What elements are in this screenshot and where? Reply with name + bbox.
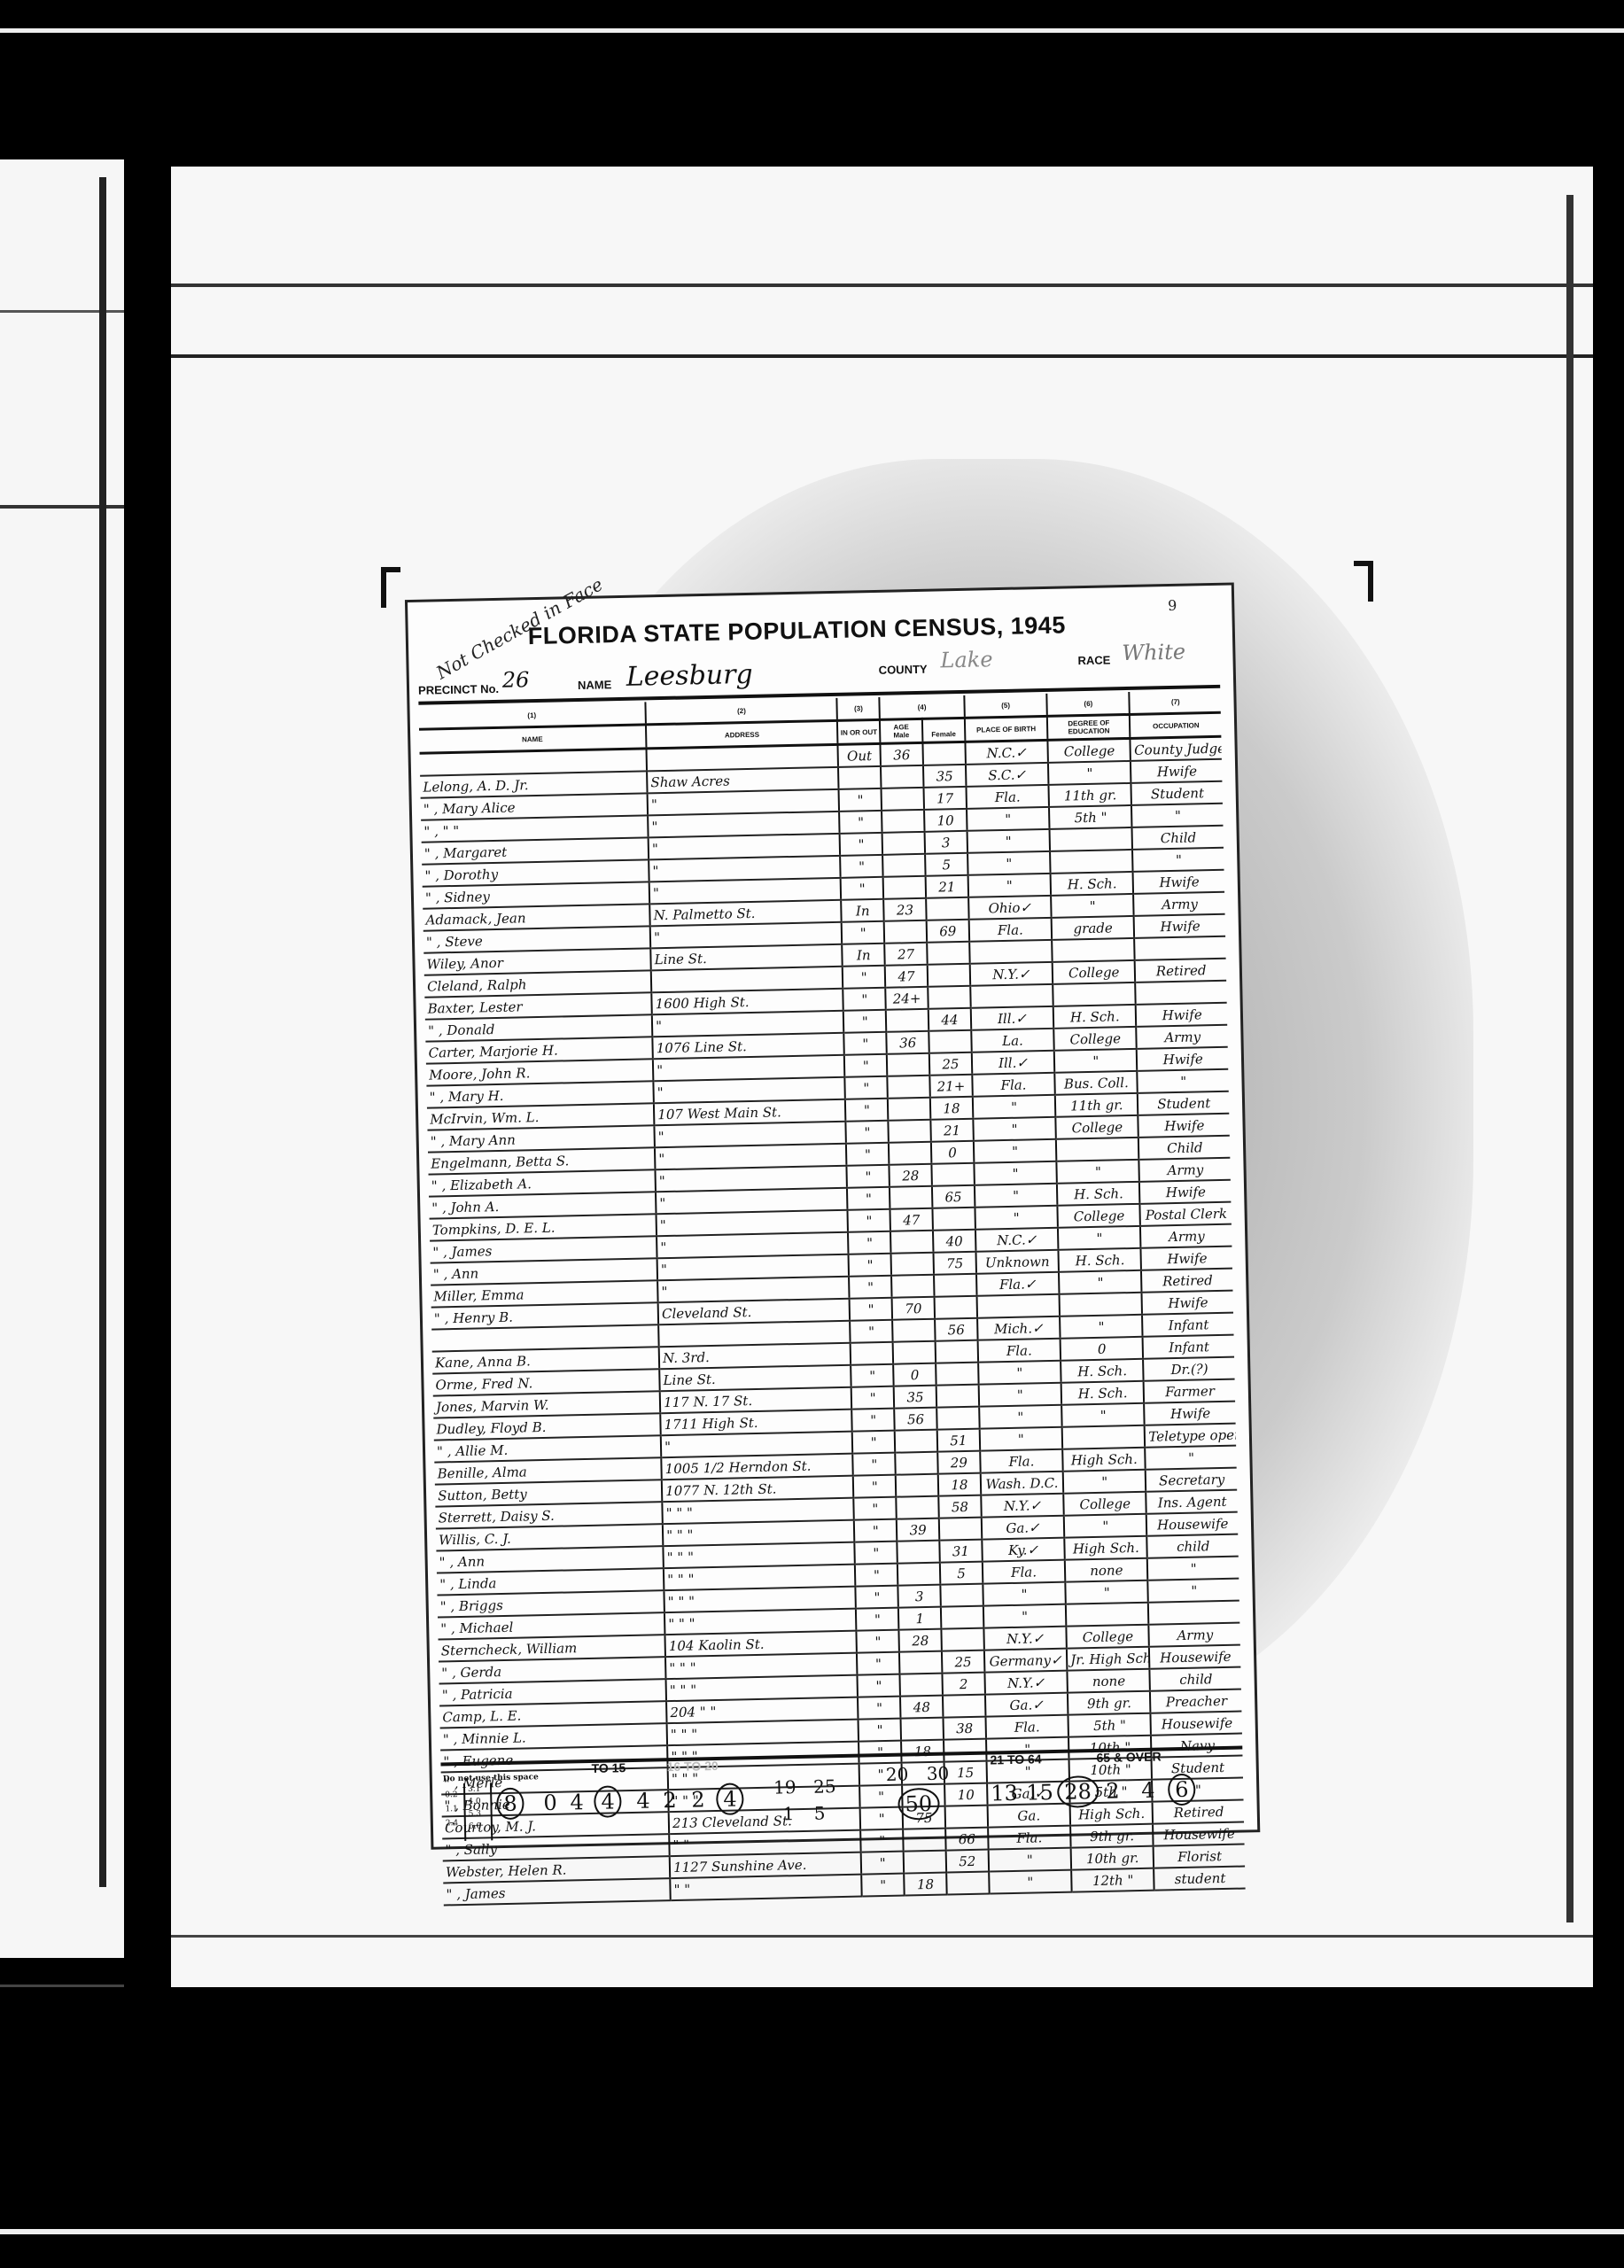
cell-female: 21 xyxy=(926,875,968,898)
cell-edu xyxy=(1053,983,1136,1006)
cell-female: 3 xyxy=(925,831,967,854)
code: 3.1 xyxy=(468,1785,481,1794)
cell-occ: Army xyxy=(1149,1623,1240,1647)
cell-edu: " xyxy=(1063,1470,1146,1494)
page-fold xyxy=(171,354,1593,358)
tally-21-64-total: 28 xyxy=(1057,1779,1099,1805)
group-label-16-20: 16 TO 20 xyxy=(666,1759,718,1774)
cell-female: 75 xyxy=(933,1252,975,1275)
cell-edu: 11th gr. xyxy=(1049,783,1132,807)
divider xyxy=(463,1783,466,1841)
cell-male xyxy=(896,1474,938,1497)
cell-birth: Fla. xyxy=(977,1339,1061,1363)
cell-edu: H. Sch. xyxy=(1061,1359,1144,1383)
cell-edu: 11th gr. xyxy=(1055,1093,1138,1117)
cell-occ: " xyxy=(1148,1579,1239,1603)
cell-birth: " xyxy=(983,1604,1067,1628)
page-fold xyxy=(0,1984,124,1987)
cell-occ: Hwife xyxy=(1141,1247,1232,1270)
cell-occ: Hwife xyxy=(1145,1402,1236,1425)
cell-birth: S.C.✓ xyxy=(966,763,1049,787)
cell-in-out: " xyxy=(853,1475,896,1498)
cell-occ: Hwife xyxy=(1137,1047,1228,1071)
cell-male xyxy=(887,1053,929,1076)
cell-edu: High Sch. xyxy=(1064,1536,1147,1560)
cell-in-out: " xyxy=(852,1409,895,1432)
cell-edu: grade xyxy=(1052,916,1135,940)
cell-male: 28 xyxy=(890,1164,932,1187)
cell-occ xyxy=(1148,1601,1239,1625)
cell-edu: " xyxy=(1060,1315,1143,1339)
tally-65-female: 4 xyxy=(1141,1778,1155,1803)
cell-occ: Army xyxy=(1139,1158,1231,1182)
cell-birth: Ky.✓ xyxy=(982,1538,1065,1562)
cell-edu: " xyxy=(1051,894,1134,918)
code: 4.0 xyxy=(468,1798,481,1806)
cell-female xyxy=(946,1872,989,1895)
cell-in-out: " xyxy=(848,1231,890,1254)
cell-occ: Hwife xyxy=(1131,759,1222,783)
cell-in-out: " xyxy=(859,1719,901,1742)
cell-occ xyxy=(1135,936,1226,960)
cell-occ: Hwife xyxy=(1139,1180,1231,1204)
cell-birth: Fla. xyxy=(972,1073,1055,1097)
cell-birth: " xyxy=(978,1361,1061,1385)
cell-in-out: " xyxy=(845,1076,888,1099)
total-female: 30 xyxy=(927,1762,950,1784)
cell-birth: Germany✓ xyxy=(984,1649,1068,1673)
binding-spine xyxy=(127,159,171,1984)
cell-in-out: " xyxy=(845,1099,888,1122)
cell-female xyxy=(943,1695,985,1718)
cell-in-out: " xyxy=(851,1364,894,1387)
tally-16-20-total: 4 xyxy=(716,1786,744,1812)
cell-edu: College xyxy=(1053,1027,1137,1051)
cell-birth: " xyxy=(967,807,1050,831)
tally-to15-total: 4 xyxy=(594,1789,622,1814)
cell-male: 36 xyxy=(886,1031,929,1054)
cell-male: 47 xyxy=(885,965,928,988)
cell-birth: Fla. xyxy=(985,1715,1068,1739)
cell-female xyxy=(929,1030,971,1053)
cell-edu: College xyxy=(1063,1492,1146,1516)
film-edge-bottom xyxy=(0,2229,1624,2234)
cell-edu: Bus. Coll. xyxy=(1054,1071,1138,1095)
cell-edu: H. Sch. xyxy=(1051,872,1134,896)
cell-female xyxy=(926,897,968,920)
cell-birth: Ga.✓ xyxy=(985,1693,1068,1717)
cell-occ: Dr.(?) xyxy=(1144,1357,1235,1381)
cell-female xyxy=(928,986,970,1009)
cell-occ: Teletype operator xyxy=(1145,1424,1236,1448)
page-fold xyxy=(171,1935,1593,1938)
cell-occ: Preacher xyxy=(1150,1689,1241,1713)
cell-edu: " xyxy=(1054,1049,1138,1073)
tally-16-20-male: 2 xyxy=(663,1788,677,1813)
col-age: AGE xyxy=(893,723,909,731)
tally-to15-male: 0 xyxy=(543,1790,557,1815)
cell-occ: child xyxy=(1147,1534,1239,1558)
cell-male xyxy=(904,1851,946,1874)
cell-birth: " xyxy=(974,1161,1057,1185)
cell-female: 5 xyxy=(940,1562,983,1585)
cell-in-out: " xyxy=(839,811,882,834)
cell-female: 0 xyxy=(931,1141,974,1164)
cell-male xyxy=(883,876,926,899)
cell-female: 10 xyxy=(924,809,967,832)
cell-in-out: " xyxy=(854,1497,897,1520)
cell-male xyxy=(886,1009,929,1032)
cell-occ: Child xyxy=(1138,1136,1230,1160)
circled-value: 4 xyxy=(716,1783,744,1815)
census-card: 9 Not Checked in Face FLORIDA STATE POPU… xyxy=(408,586,1257,1847)
cell-occ: " xyxy=(1146,1446,1237,1470)
cell-in-out: " xyxy=(847,1165,890,1188)
cell-edu: " xyxy=(1064,1514,1147,1538)
cell-birth: " xyxy=(989,1870,1072,1894)
cell-male: 1 xyxy=(898,1607,941,1630)
cell-male xyxy=(881,765,923,788)
cell-female: 56 xyxy=(935,1318,977,1341)
tally-out-total: 5 xyxy=(813,1802,825,1823)
cell-in-out: " xyxy=(847,1187,890,1210)
cell-birth: " xyxy=(978,1383,1061,1407)
cell-edu: College xyxy=(1048,738,1131,762)
cell-female: 52 xyxy=(946,1850,989,1873)
county-value: Lake xyxy=(940,647,993,672)
cell-occ: student xyxy=(1154,1867,1246,1891)
cell-female xyxy=(931,1163,974,1186)
group-label-21-64: 21 TO 64 xyxy=(990,1751,1041,1767)
cell-edu: 10th gr. xyxy=(1071,1846,1154,1870)
cell-birth: " xyxy=(979,1427,1062,1451)
tally-to15-s: 4 xyxy=(636,1789,650,1814)
cell-occ: Hwife xyxy=(1142,1291,1233,1315)
group-label-to-15: TO 15 xyxy=(591,1760,626,1775)
cell-occ: Ins. Agent xyxy=(1146,1490,1238,1514)
name-value: Leesburg xyxy=(626,659,753,693)
circled-value: 6 xyxy=(1168,1774,1196,1806)
cell-in-out: " xyxy=(844,1032,887,1055)
cell-female xyxy=(936,1407,979,1430)
cell-occ: Infant xyxy=(1143,1335,1234,1359)
cell-female: 25 xyxy=(929,1052,972,1076)
cell-in-out: " xyxy=(843,966,885,989)
cell-male: 28 xyxy=(899,1629,942,1652)
cell-in-out: " xyxy=(842,921,884,944)
col-num-4: (4) xyxy=(880,695,965,719)
cell-female: 44 xyxy=(929,1008,971,1031)
tally-to15-female: 4 xyxy=(570,1790,584,1814)
cell-in-out: " xyxy=(846,1143,889,1166)
cell-birth xyxy=(969,940,1053,964)
cell-edu: " xyxy=(1048,761,1131,785)
cell-occ: " xyxy=(1147,1557,1239,1581)
cell-female xyxy=(936,1385,979,1408)
cell-in-out: " xyxy=(855,1564,897,1587)
cell-occ: Farmer xyxy=(1144,1379,1235,1403)
tally-in: 19 xyxy=(773,1776,796,1798)
cell-edu: " xyxy=(1061,1403,1145,1427)
right-page-edge xyxy=(1566,195,1573,1922)
cell-edu: College xyxy=(1067,1625,1150,1649)
cell-female: 40 xyxy=(933,1230,975,1253)
tally-out: 1 xyxy=(782,1803,794,1824)
cell-male xyxy=(882,810,924,833)
precinct-label: PRECINCT No. xyxy=(418,682,499,697)
cell-in-out: " xyxy=(856,1586,898,1609)
cell-occ: Retired xyxy=(1135,959,1226,983)
cell-in-out xyxy=(851,1342,893,1365)
cell-birth: La. xyxy=(971,1029,1054,1052)
cell-birth: Fla.✓ xyxy=(976,1272,1060,1296)
cell-birth: " xyxy=(967,829,1050,853)
cell-in-out: " xyxy=(843,988,886,1011)
corner-mark-right xyxy=(1354,561,1373,602)
divider xyxy=(490,1783,493,1840)
cell-birth: Ga.✓ xyxy=(982,1516,1065,1540)
cell-in-out: " xyxy=(840,855,882,878)
col-occupation: OCCUPATION xyxy=(1130,712,1221,738)
cell-male: 70 xyxy=(892,1297,935,1320)
cell-occ: Hwife xyxy=(1136,1003,1227,1027)
col-education: DEGREE OF EDUCATION xyxy=(1047,714,1131,740)
census-rows: Out36N.C.✓CollegeCounty JudgeLelong, A. … xyxy=(420,736,1246,1905)
cell-birth: " xyxy=(979,1405,1062,1429)
cell-female: 38 xyxy=(943,1717,985,1740)
cell-male xyxy=(882,854,925,877)
cell-in-out: " xyxy=(855,1542,897,1565)
cell-birth: N.C.✓ xyxy=(965,740,1048,764)
cell-occ: Infant xyxy=(1142,1313,1233,1337)
cell-male xyxy=(882,788,924,811)
cell-edu: College xyxy=(1058,1204,1141,1228)
cell-male xyxy=(890,1186,932,1209)
cell-birth: Fla. xyxy=(983,1560,1066,1584)
cell-in-out: " xyxy=(848,1209,890,1232)
cell-in-out: " xyxy=(839,788,882,812)
cell-in-out: " xyxy=(861,1852,904,1875)
cell-in-out: " xyxy=(858,1697,900,1720)
tally-65-total: 6 xyxy=(1168,1777,1196,1803)
cell-edu xyxy=(1056,1138,1139,1161)
cell-male xyxy=(884,920,927,944)
cell-in-out: " xyxy=(840,833,882,856)
cell-edu: 5th " xyxy=(1049,805,1132,829)
cell-edu: " xyxy=(1065,1581,1148,1604)
cell-in-out: " xyxy=(852,1431,895,1454)
col-birth: PLACE OF BIRTH xyxy=(965,716,1048,742)
cell-birth: Wash. D.C. xyxy=(981,1472,1064,1495)
cell-birth: " xyxy=(967,851,1051,875)
cell-birth: Ohio✓ xyxy=(968,896,1052,920)
cell-male: 56 xyxy=(894,1408,936,1431)
cell-birth: Mich.✓ xyxy=(977,1317,1061,1340)
cell-male: 39 xyxy=(897,1518,939,1542)
cell-male xyxy=(893,1341,936,1364)
cell-birth: Fla. xyxy=(968,918,1052,942)
cell-occ: Army xyxy=(1140,1224,1232,1248)
cell-male xyxy=(892,1319,935,1342)
cell-female: 21+ xyxy=(929,1075,972,1098)
cell-address: " " xyxy=(670,1875,862,1901)
cell-female: 29 xyxy=(937,1451,980,1474)
cell-in-out: " xyxy=(850,1298,892,1321)
cell-in-out: " xyxy=(857,1652,899,1675)
cell-in-out xyxy=(838,766,881,789)
race-label: RACE xyxy=(1077,653,1110,667)
cell-occ: " xyxy=(1131,804,1223,827)
cell-occ: Hwife xyxy=(1138,1114,1230,1138)
cell-in-out: " xyxy=(857,1630,899,1653)
cell-birth: N.Y.✓ xyxy=(981,1494,1064,1518)
cell-birth: " xyxy=(973,1117,1056,1141)
cell-birth: N.Y.✓ xyxy=(984,1671,1068,1695)
cell-occ: Student xyxy=(1131,781,1223,805)
cell-edu: " xyxy=(1058,1226,1141,1250)
tally-21-64-female: 15 xyxy=(1026,1780,1053,1806)
cell-female xyxy=(922,742,965,765)
cell-occ: child xyxy=(1150,1667,1241,1691)
cell-edu: H. Sch. xyxy=(1053,1005,1137,1029)
code: 6.0 xyxy=(469,1822,482,1831)
tally-65-male: 2 xyxy=(1106,1778,1120,1803)
col-female: Female xyxy=(931,730,956,739)
col-num-7: (7) xyxy=(1130,690,1221,715)
cell-female xyxy=(932,1208,975,1231)
cell-male xyxy=(888,1098,930,1121)
cell-in-out: " xyxy=(844,1054,887,1077)
cell-edu xyxy=(1066,1603,1149,1627)
corner-mark-left xyxy=(381,567,400,608)
cell-birth: " xyxy=(983,1582,1066,1606)
cell-male: 35 xyxy=(894,1386,936,1409)
cell-female xyxy=(934,1274,976,1297)
cell-birth: Fla. xyxy=(980,1449,1063,1473)
cell-male xyxy=(897,1541,940,1564)
cell-female: 25 xyxy=(942,1651,984,1674)
cell-female: 18 xyxy=(938,1473,981,1496)
cell-male xyxy=(899,1651,942,1674)
cell-female xyxy=(927,942,969,965)
page-fold xyxy=(171,283,1593,287)
cell-birth: " xyxy=(973,1095,1056,1119)
col-in-out: IN OR OUT xyxy=(837,719,880,744)
cell-edu: Jr. High Sch. xyxy=(1067,1647,1150,1671)
cell-birth: Unknown xyxy=(975,1250,1059,1274)
cell-occ: Florist xyxy=(1154,1845,1245,1868)
cell-female xyxy=(940,1584,983,1607)
cell-edu: H. Sch. xyxy=(1057,1182,1140,1206)
col-age-male: AGEMale xyxy=(880,718,922,743)
col-num-5: (5) xyxy=(964,694,1047,718)
cell-in-out: " xyxy=(850,1320,892,1343)
cell-edu: College xyxy=(1055,1115,1138,1139)
cell-female xyxy=(936,1340,978,1363)
tally-footer: Do not use this space 0.2 1.1 2.4 3.1 4.… xyxy=(440,1746,1244,1846)
cell-edu xyxy=(1050,850,1133,874)
cell-birth: Ill.✓ xyxy=(972,1051,1055,1075)
cell-edu: " xyxy=(1059,1270,1142,1294)
cell-in-out: " xyxy=(843,1010,886,1033)
tally-21-64-male: 13 xyxy=(991,1781,1018,1806)
cell-female: 5 xyxy=(925,853,967,876)
cell-birth: N.C.✓ xyxy=(975,1228,1059,1252)
cell-male xyxy=(889,1120,931,1143)
cell-occ: Army xyxy=(1134,892,1225,916)
cell-male: 3 xyxy=(898,1585,941,1608)
cell-name: " , James xyxy=(443,1878,671,1905)
cell-female: 17 xyxy=(924,787,967,810)
cell-in-out: " xyxy=(862,1874,905,1897)
cell-edu: H. Sch. xyxy=(1059,1248,1142,1272)
cell-female: 65 xyxy=(932,1185,975,1208)
cell-female: 69 xyxy=(927,920,969,943)
cell-female: 35 xyxy=(923,765,966,788)
tally-in-total: 25 xyxy=(813,1775,836,1798)
cell-in-out: " xyxy=(858,1674,900,1697)
cell-occ: Child xyxy=(1132,826,1224,850)
cell-female: 31 xyxy=(939,1540,982,1563)
cell-in-out: " xyxy=(854,1519,897,1542)
cell-in-out: Out xyxy=(838,743,881,766)
cell-in-out: In xyxy=(842,899,884,922)
cell-occ: " xyxy=(1138,1069,1229,1093)
code: 5.3 xyxy=(469,1810,482,1819)
cell-birth: " xyxy=(975,1184,1058,1208)
circled-value: 50 xyxy=(897,1788,939,1821)
cell-birth: Fla. xyxy=(966,785,1049,809)
code: 1.1 xyxy=(445,1805,458,1814)
cell-female: 2 xyxy=(942,1673,984,1696)
cell-edu: High Sch. xyxy=(1062,1448,1146,1472)
cell-female xyxy=(941,1606,983,1629)
cell-female xyxy=(936,1363,978,1386)
precinct-value: 26 xyxy=(502,667,530,693)
cell-male: 47 xyxy=(890,1208,933,1231)
cell-female xyxy=(939,1518,982,1541)
cell-occ: Student xyxy=(1138,1091,1229,1115)
cell-male xyxy=(896,1496,938,1519)
cell-female xyxy=(941,1628,983,1651)
cell-occ: Postal Clerk xyxy=(1140,1202,1232,1226)
cell-male: 23 xyxy=(883,898,926,921)
cell-in-out: " xyxy=(856,1608,898,1631)
grand-total: 50 xyxy=(897,1791,939,1817)
cell-male xyxy=(890,1231,933,1254)
cell-occ: Housewife xyxy=(1149,1645,1240,1669)
cell-male xyxy=(891,1253,934,1276)
cell-birth: N.Y.✓ xyxy=(969,962,1053,986)
name-label: NAME xyxy=(578,678,612,692)
cell-edu: H. Sch. xyxy=(1061,1381,1145,1405)
cell-edu: none xyxy=(1068,1669,1151,1693)
cell-male xyxy=(901,1718,944,1741)
col-age-female: Female xyxy=(922,718,965,742)
circled-value: 4 xyxy=(594,1785,622,1818)
cell-in-out: " xyxy=(846,1121,889,1144)
cell-occ: Housewife xyxy=(1151,1712,1242,1736)
cell-male: 0 xyxy=(893,1363,936,1386)
cell-male xyxy=(888,1076,930,1099)
cell-edu xyxy=(1060,1293,1143,1317)
total-male: 20 xyxy=(886,1763,909,1785)
col-num-3: (3) xyxy=(837,697,880,720)
cell-male: 27 xyxy=(884,943,927,966)
cell-birth: N.Y.✓ xyxy=(983,1627,1067,1651)
cell-male: 48 xyxy=(900,1696,943,1719)
cell-male xyxy=(897,1563,940,1586)
